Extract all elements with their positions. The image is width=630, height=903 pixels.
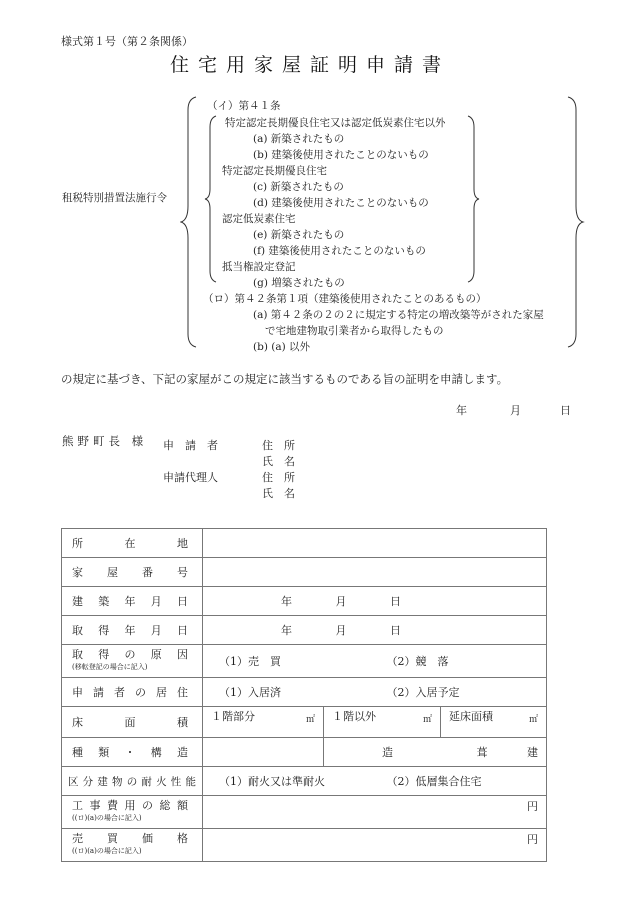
date-month[interactable]: 月 bbox=[510, 402, 521, 418]
cause-label: 取得の原因 bbox=[72, 648, 188, 661]
residence-option-moved-in[interactable]: （1）入居済 bbox=[219, 686, 281, 699]
sqm-unit: ㎡ bbox=[423, 712, 432, 725]
agent-label: 申請代理人 bbox=[163, 469, 218, 485]
fire-option-fireproof[interactable]: （1）耐火又は準耐火 bbox=[219, 775, 325, 788]
acquired-date-field[interactable]: 年 月 日 bbox=[203, 616, 547, 645]
clause-ro-heading: （ロ）第４２条第１項（建築後使用されたことのあるもの） bbox=[203, 291, 487, 306]
kind-structure-label: 種類・構造 bbox=[62, 738, 203, 767]
price-note: ((ロ)(a)の場合に記入) bbox=[72, 845, 188, 858]
table-row: 建築年月日 年 月 日 bbox=[62, 587, 547, 616]
sqm-unit: ㎡ bbox=[306, 712, 315, 725]
structure-buki: 葺 bbox=[477, 746, 488, 759]
item-f: (f) 建築後使用されたことのないもの bbox=[253, 243, 426, 258]
table-row: 所在地 bbox=[62, 529, 547, 558]
table-row: 申請者の居住 （1）入居済 （2）入居予定 bbox=[62, 678, 547, 707]
structure-field[interactable]: 造 葺 建 bbox=[324, 738, 547, 767]
location-label: 所在地 bbox=[62, 529, 203, 558]
floor-other-field[interactable]: １階以外 ㎡ bbox=[324, 707, 441, 738]
cost-note: ((ロ)(a)の場合に記入) bbox=[72, 812, 188, 825]
item-a: (a) 新築されたもの bbox=[253, 131, 344, 146]
fire-option-low-rise[interactable]: （2）低層集合住宅 bbox=[387, 773, 482, 789]
cause-options: （1）売 買 （2）競 落 bbox=[203, 645, 547, 678]
residence-options: （1）入居済 （2）入居予定 bbox=[203, 678, 547, 707]
group4-title: 抵当権設定登記 bbox=[222, 259, 296, 274]
acquired-day: 日 bbox=[390, 624, 401, 637]
floor-1f-label: １階部分 bbox=[211, 710, 255, 723]
residence-label: 申請者の居住 bbox=[62, 678, 203, 707]
inner-left-brace bbox=[204, 115, 220, 283]
built-year: 年 bbox=[281, 595, 292, 608]
cause-label-cell: 取得の原因 (移転登記の場合に記入) bbox=[62, 645, 203, 678]
date-day[interactable]: 日 bbox=[560, 402, 571, 418]
table-row: 取得の原因 (移転登記の場合に記入) （1）売 買 （2）競 落 bbox=[62, 645, 547, 678]
built-date-field[interactable]: 年 月 日 bbox=[203, 587, 547, 616]
form-number: 様式第１号（第２条関係） bbox=[61, 33, 193, 49]
cause-option-sale[interactable]: （1）売 買 bbox=[219, 655, 281, 668]
house-info-table: 所在地 家屋番号 建築年月日 年 月 日 取得年月日 年 月 日 取得の原因 (… bbox=[61, 528, 547, 862]
applicant-address-field[interactable]: 住 所 bbox=[262, 437, 295, 453]
date-year[interactable]: 年 bbox=[456, 402, 467, 418]
location-field[interactable] bbox=[203, 529, 547, 558]
floor-total-field[interactable]: 延床面積 ㎡ bbox=[441, 707, 547, 738]
item-d: (d) 建築後使用されたことのないもの bbox=[253, 195, 429, 210]
agent-name-field[interactable]: 氏 名 bbox=[262, 485, 295, 501]
acquired-year: 年 bbox=[281, 624, 292, 637]
table-row: 区分建物の耐火性能 （1）耐火又は準耐火 （2）低層集合住宅 bbox=[62, 767, 547, 796]
item-e: (e) 新築されたもの bbox=[253, 227, 344, 242]
built-date-label: 建築年月日 bbox=[62, 587, 203, 616]
applicant-label: 申 請 者 bbox=[163, 437, 218, 453]
price-label: 売買価格 bbox=[72, 832, 188, 845]
cost-label-cell: 工事費用の総額 ((ロ)(a)の場合に記入) bbox=[62, 796, 203, 829]
agent-address-field[interactable]: 住 所 bbox=[262, 469, 295, 485]
table-row: 売買価格 ((ロ)(a)の場合に記入) 円 bbox=[62, 829, 547, 862]
outer-left-brace bbox=[180, 96, 200, 348]
table-row: 取得年月日 年 月 日 bbox=[62, 616, 547, 645]
item-g: (g) 増築されたもの bbox=[253, 275, 345, 290]
floor-total-label: 延床面積 bbox=[449, 710, 493, 723]
declaration-text: の規定に基づき、下記の家屋がこの規定に該当するものである旨の証明を申請します。 bbox=[61, 371, 508, 387]
yen-unit: 円 bbox=[527, 831, 538, 847]
applicant-name-field[interactable]: 氏 名 bbox=[262, 453, 295, 469]
group2-title: 特定認定長期優良住宅 bbox=[222, 163, 327, 178]
table-row: 家屋番号 bbox=[62, 558, 547, 587]
item-b: (b) 建築後使用されたことのないもの bbox=[253, 147, 429, 162]
built-month: 月 bbox=[336, 595, 347, 608]
inner-right-brace bbox=[466, 115, 482, 283]
cause-note: (移転登記の場合に記入) bbox=[72, 661, 188, 674]
floor-1f-field[interactable]: １階部分 ㎡ bbox=[203, 707, 324, 738]
table-row: 種類・構造 造 葺 建 bbox=[62, 738, 547, 767]
ro-item-a-line1: (a) 第４２条の２の２に規定する特定の増改築等がされた家屋 bbox=[253, 307, 544, 322]
page-title: 住宅用家屋証明申請書 bbox=[170, 50, 450, 77]
kind-field[interactable] bbox=[203, 738, 324, 767]
house-number-field[interactable] bbox=[203, 558, 547, 587]
structure-date: 建 bbox=[527, 744, 538, 760]
item-c: (c) 新築されたもの bbox=[253, 179, 344, 194]
floor-area-label: 床面積 bbox=[62, 707, 203, 738]
fire-performance-label: 区分建物の耐火性能 bbox=[62, 767, 203, 796]
structure-zou: 造 bbox=[382, 746, 393, 759]
cause-option-auction[interactable]: （2）競 落 bbox=[387, 653, 449, 669]
outer-right-brace bbox=[566, 96, 586, 348]
price-field[interactable]: 円 bbox=[203, 829, 547, 862]
table-row: 工事費用の総額 ((ロ)(a)の場合に記入) 円 bbox=[62, 796, 547, 829]
cost-label: 工事費用の総額 bbox=[72, 799, 188, 812]
ro-item-a-line2: で宅地建物取引業者から取得したもの bbox=[265, 323, 444, 338]
ro-item-b: (b) (a) 以外 bbox=[253, 339, 310, 354]
yen-unit: 円 bbox=[527, 798, 538, 814]
table-row: 床面積 １階部分 ㎡ １階以外 ㎡ 延床面積 ㎡ bbox=[62, 707, 547, 738]
fire-performance-options: （1）耐火又は準耐火 （2）低層集合住宅 bbox=[203, 767, 547, 796]
law-label: 租税特別措置法施行令 bbox=[62, 190, 167, 205]
clause-i-heading: （イ）第４１条 bbox=[207, 98, 281, 113]
acquired-month: 月 bbox=[336, 624, 347, 637]
acquired-date-label: 取得年月日 bbox=[62, 616, 203, 645]
residence-option-planned[interactable]: （2）入居予定 bbox=[387, 684, 460, 700]
price-label-cell: 売買価格 ((ロ)(a)の場合に記入) bbox=[62, 829, 203, 862]
floor-other-label: １階以外 bbox=[332, 710, 376, 723]
built-day: 日 bbox=[390, 595, 401, 608]
sqm-unit: ㎡ bbox=[529, 712, 538, 725]
group3-title: 認定低炭素住宅 bbox=[222, 211, 296, 226]
addressee: 熊野町長 様 bbox=[62, 433, 147, 449]
cost-field[interactable]: 円 bbox=[203, 796, 547, 829]
house-number-label: 家屋番号 bbox=[62, 558, 203, 587]
group1-title: 特定認定長期優良住宅又は認定低炭素住宅以外 bbox=[225, 115, 446, 130]
